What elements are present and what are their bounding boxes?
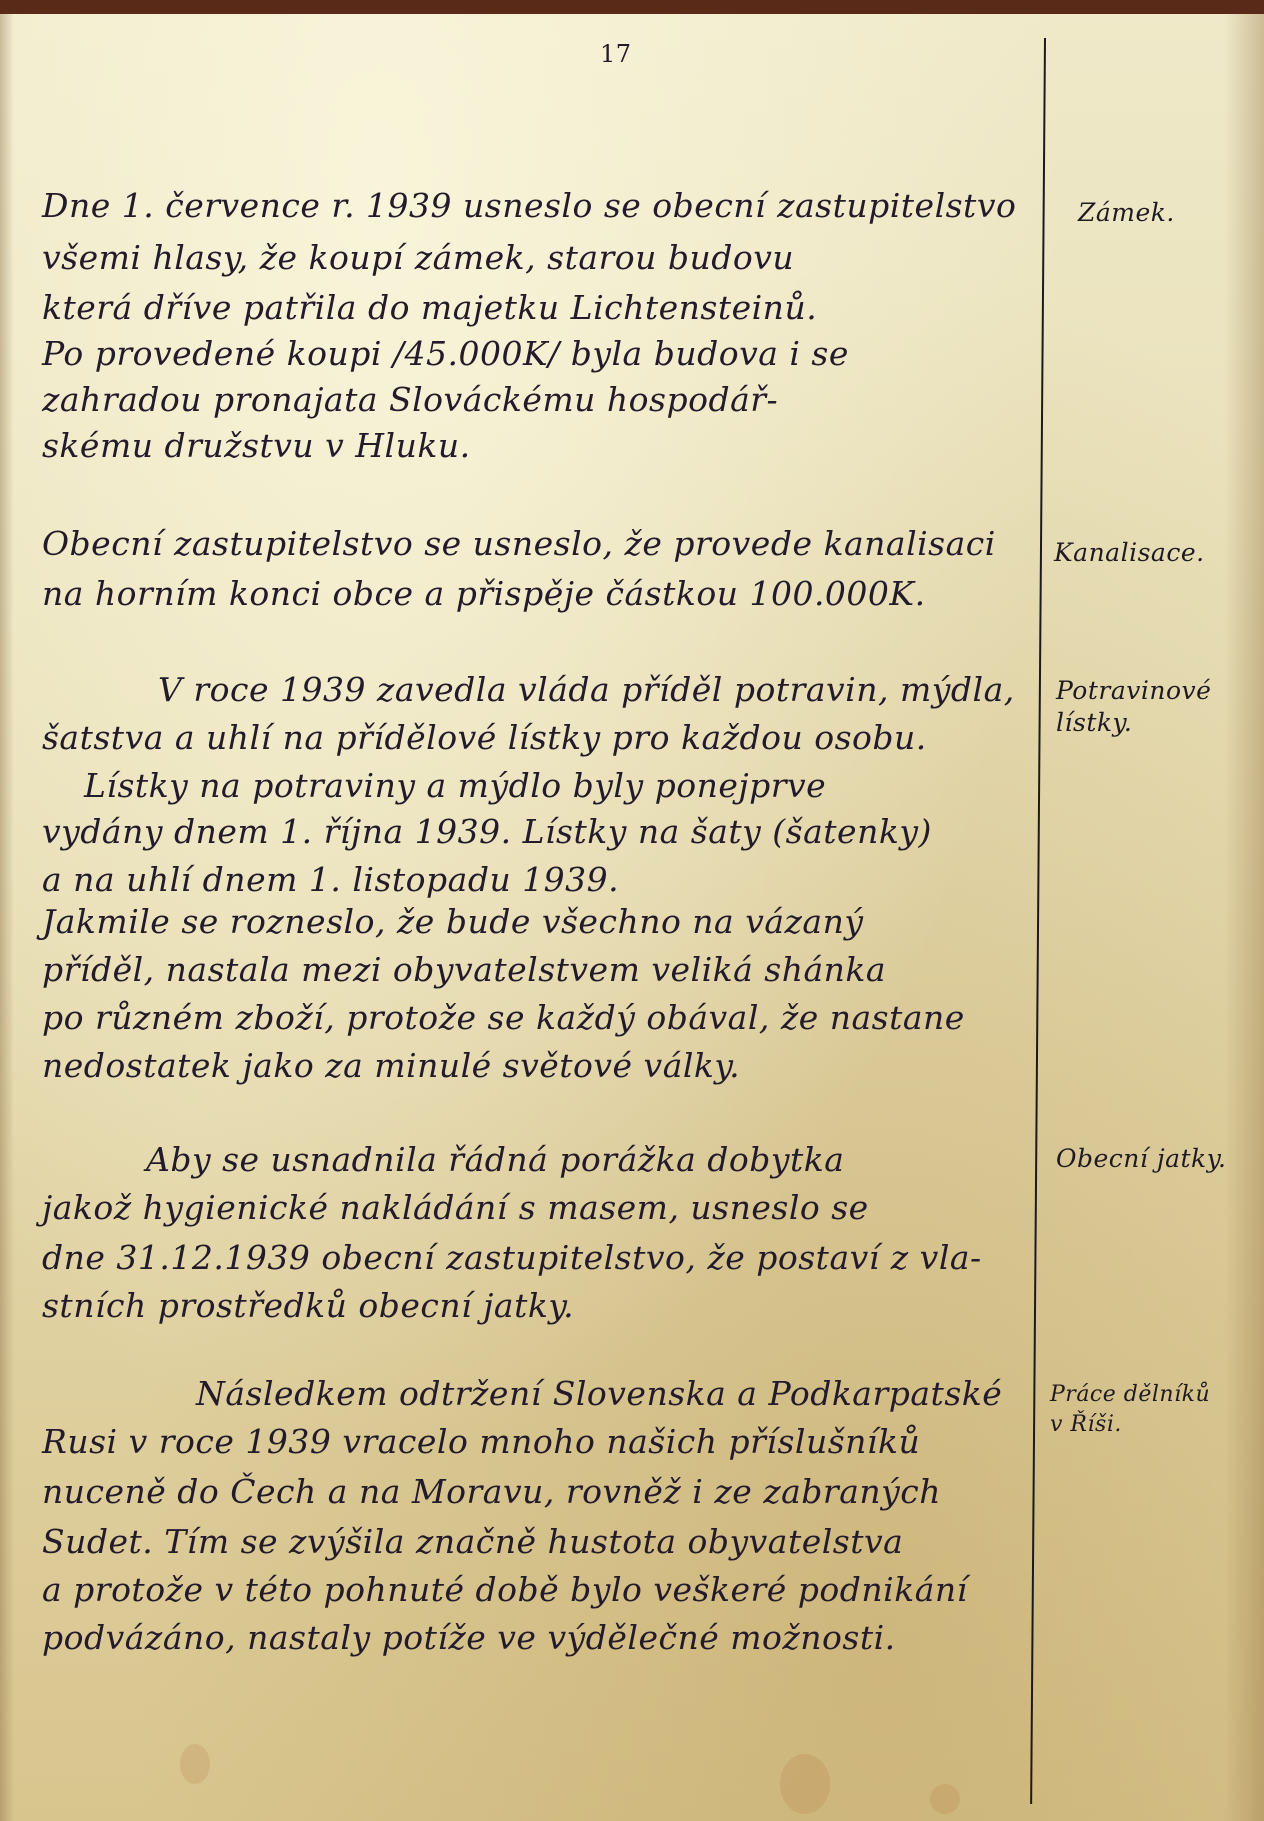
text-line: a na uhlí dnem 1. listopadu 1939. xyxy=(42,862,619,898)
margin-note: Kanalisace. xyxy=(1054,538,1205,568)
text-line: vydány dnem 1. října 1939. Lístky na šat… xyxy=(42,814,932,850)
paper-stain xyxy=(180,1744,210,1784)
margin-note: Potravinové xyxy=(1056,676,1211,706)
ledger-page: 17 Dne 1. července r. 1939 usneslo se ob… xyxy=(0,14,1264,1821)
text-line: nuceně do Čech a na Moravu, rovněž i ze … xyxy=(42,1474,941,1510)
text-line: Dne 1. července r. 1939 usneslo se obecn… xyxy=(42,188,1016,224)
text-line: všemi hlasy, že koupí zámek, starou budo… xyxy=(42,240,794,276)
margin-note: Práce dělníků xyxy=(1050,1380,1210,1410)
paper-stain xyxy=(780,1754,830,1814)
text-line: V roce 1939 zavedla vláda příděl potravi… xyxy=(158,672,1015,708)
text-line: která dříve patřila do majetku Lichtenst… xyxy=(42,290,817,326)
text-line: šatstva a uhlí na přídělové lístky pro k… xyxy=(42,720,927,756)
text-line: skému družstvu v Hluku. xyxy=(42,428,471,464)
text-line: Následkem odtržení Slovenska a Podkarpat… xyxy=(196,1376,1002,1412)
margin-note: lístky. xyxy=(1056,708,1132,738)
text-line: stních prostředků obecní jatky. xyxy=(42,1288,574,1324)
text-line: Sudet. Tím se zvýšila značně hustota oby… xyxy=(42,1524,903,1560)
text-line: Obecní zastupitelstvo se usneslo, že pro… xyxy=(42,526,996,562)
text-line: jakož hygienické nakládání s masem, usne… xyxy=(42,1190,869,1226)
text-line: po různém zboží, protože se každý obával… xyxy=(42,1000,965,1036)
text-line: Aby se usnadnila řádná porážka dobytka xyxy=(146,1142,844,1178)
margin-rule xyxy=(1030,38,1046,1804)
text-line: příděl, nastala mezi obyvatelstvem velik… xyxy=(42,952,886,988)
margin-note: Zámek. xyxy=(1078,198,1175,228)
text-line: podvázáno, nastaly potíže ve výdělečné m… xyxy=(42,1620,896,1656)
paper-stain xyxy=(930,1784,960,1814)
text-line: na horním konci obce a přispěje částkou … xyxy=(42,576,926,612)
margin-note: Obecní jatky. xyxy=(1056,1144,1226,1174)
text-line: Po provedené koupi /45.000K/ byla budova… xyxy=(42,336,849,372)
text-line: dne 31.12.1939 obecní zastupitelstvo, že… xyxy=(42,1240,982,1276)
text-line: a protože v této pohnuté době bylo veške… xyxy=(42,1572,968,1608)
text-line: Rusi v roce 1939 vracelo mnoho našich př… xyxy=(42,1424,920,1460)
margin-note: v Říši. xyxy=(1050,1410,1122,1440)
text-line: nedostatek jako za minulé světové války. xyxy=(42,1048,740,1084)
text-line: Lístky na potraviny a mýdlo byly ponejpr… xyxy=(84,768,826,804)
text-line: zahradou pronajata Slováckému hospodář- xyxy=(42,382,778,418)
page-number: 17 xyxy=(600,40,632,68)
text-line: Jakmile se rozneslo, že bude všechno na … xyxy=(42,904,864,940)
